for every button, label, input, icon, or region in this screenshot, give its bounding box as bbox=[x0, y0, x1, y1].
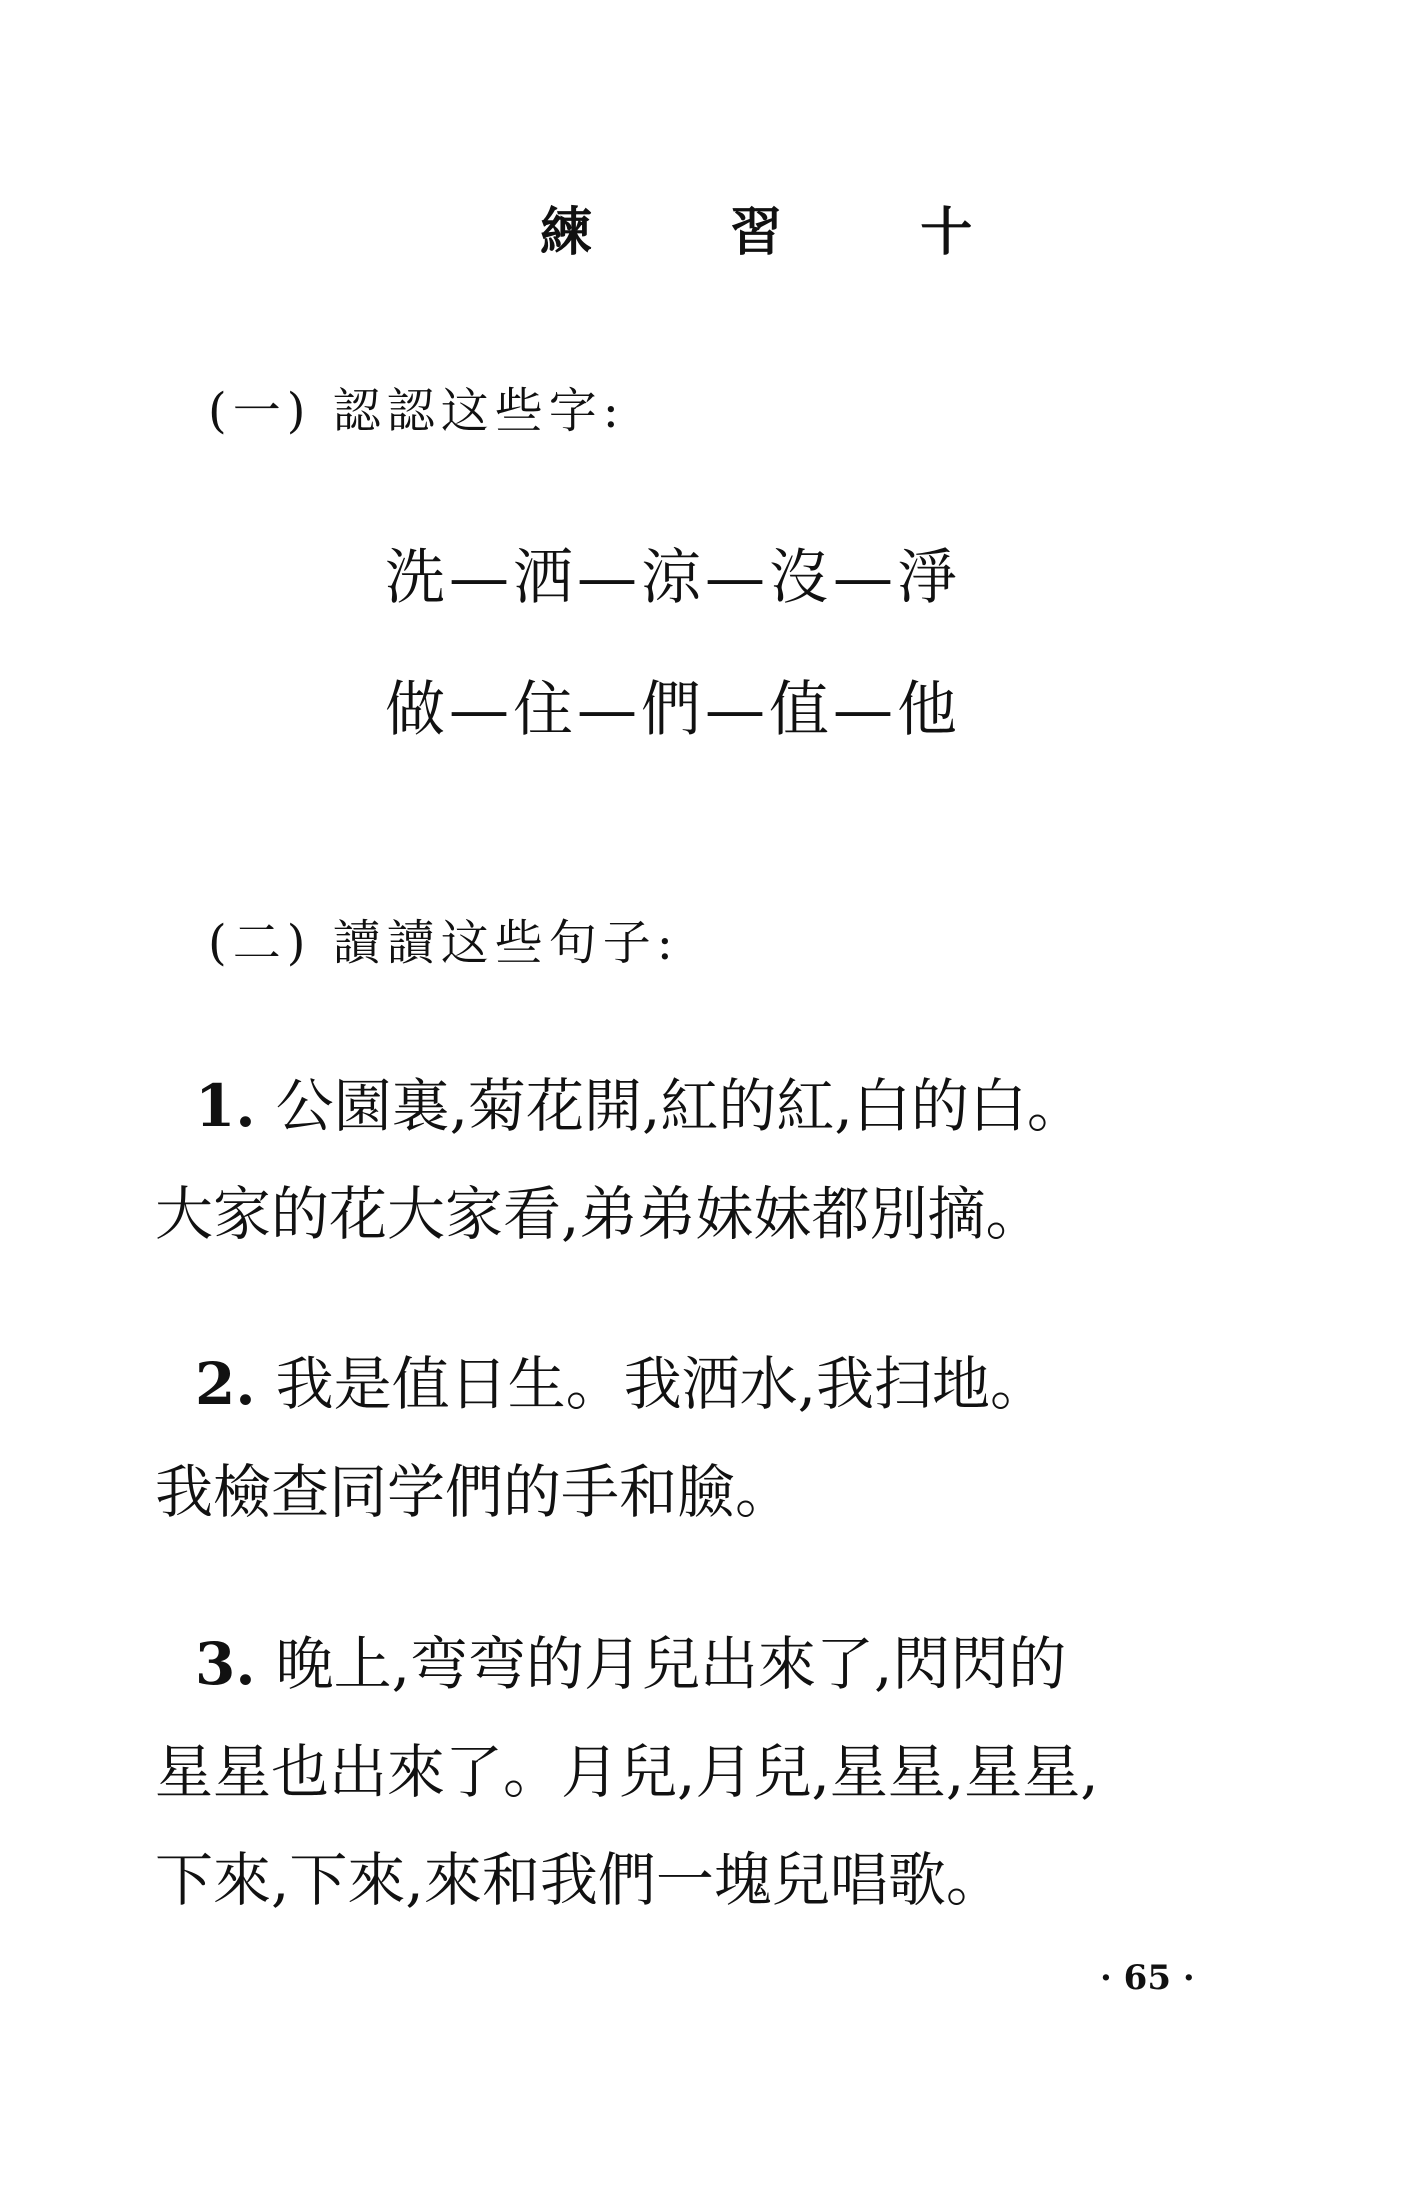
sentence-line: 1.公園裏,菊花開,紅的紅,白的白。 bbox=[155, 1052, 1235, 1160]
sentence-number: 2. bbox=[195, 1350, 256, 1418]
sentence-line: 大家的花大家看,弟弟妹妹都別摘。 bbox=[155, 1160, 1235, 1268]
sentence-line: 3.晚上,弯弯的月兒出來了,閃閃的 bbox=[155, 1610, 1235, 1718]
sentence-text: 我是值日生。我洒水,我扫地。 bbox=[276, 1350, 1048, 1418]
sentence-number: 1. bbox=[195, 1072, 256, 1140]
page-title: 練 習 十 bbox=[540, 190, 1032, 265]
section-heading-recognize-characters: (一) 認認这些字: bbox=[208, 372, 625, 441]
character-row: 做—住—們—值—他 bbox=[385, 662, 961, 748]
section-heading-read-sentences: (二) 讀讀这些句子: bbox=[208, 904, 679, 973]
sentence-line: 我檢查同学們的手和臉。 bbox=[155, 1438, 1235, 1546]
sentence-paragraph: 1.公園裏,菊花開,紅的紅,白的白。 大家的花大家看,弟弟妹妹都別摘。 bbox=[155, 1052, 1235, 1268]
sentence-paragraph: 2.我是值日生。我洒水,我扫地。 我檢查同学們的手和臉。 bbox=[155, 1330, 1235, 1546]
sentence-line: 2.我是值日生。我洒水,我扫地。 bbox=[155, 1330, 1235, 1438]
sentence-text: 公園裏,菊花開,紅的紅,白的白。 bbox=[276, 1072, 1085, 1140]
sentence-line: 星星也出來了。月兒,月兒,星星,星星, bbox=[155, 1718, 1235, 1826]
sentence-number: 3. bbox=[195, 1630, 256, 1698]
page-number: · 65 · bbox=[1100, 1958, 1195, 1998]
sentence-text: 晚上,弯弯的月兒出來了,閃閃的 bbox=[276, 1630, 1067, 1698]
character-row: 洗—洒—涼—沒—淨 bbox=[385, 530, 961, 616]
sentence-paragraph: 3.晚上,弯弯的月兒出來了,閃閃的 星星也出來了。月兒,月兒,星星,星星, 下來… bbox=[155, 1610, 1235, 1934]
sentence-line: 下來,下來,來和我們一塊兒唱歌。 bbox=[155, 1826, 1235, 1934]
